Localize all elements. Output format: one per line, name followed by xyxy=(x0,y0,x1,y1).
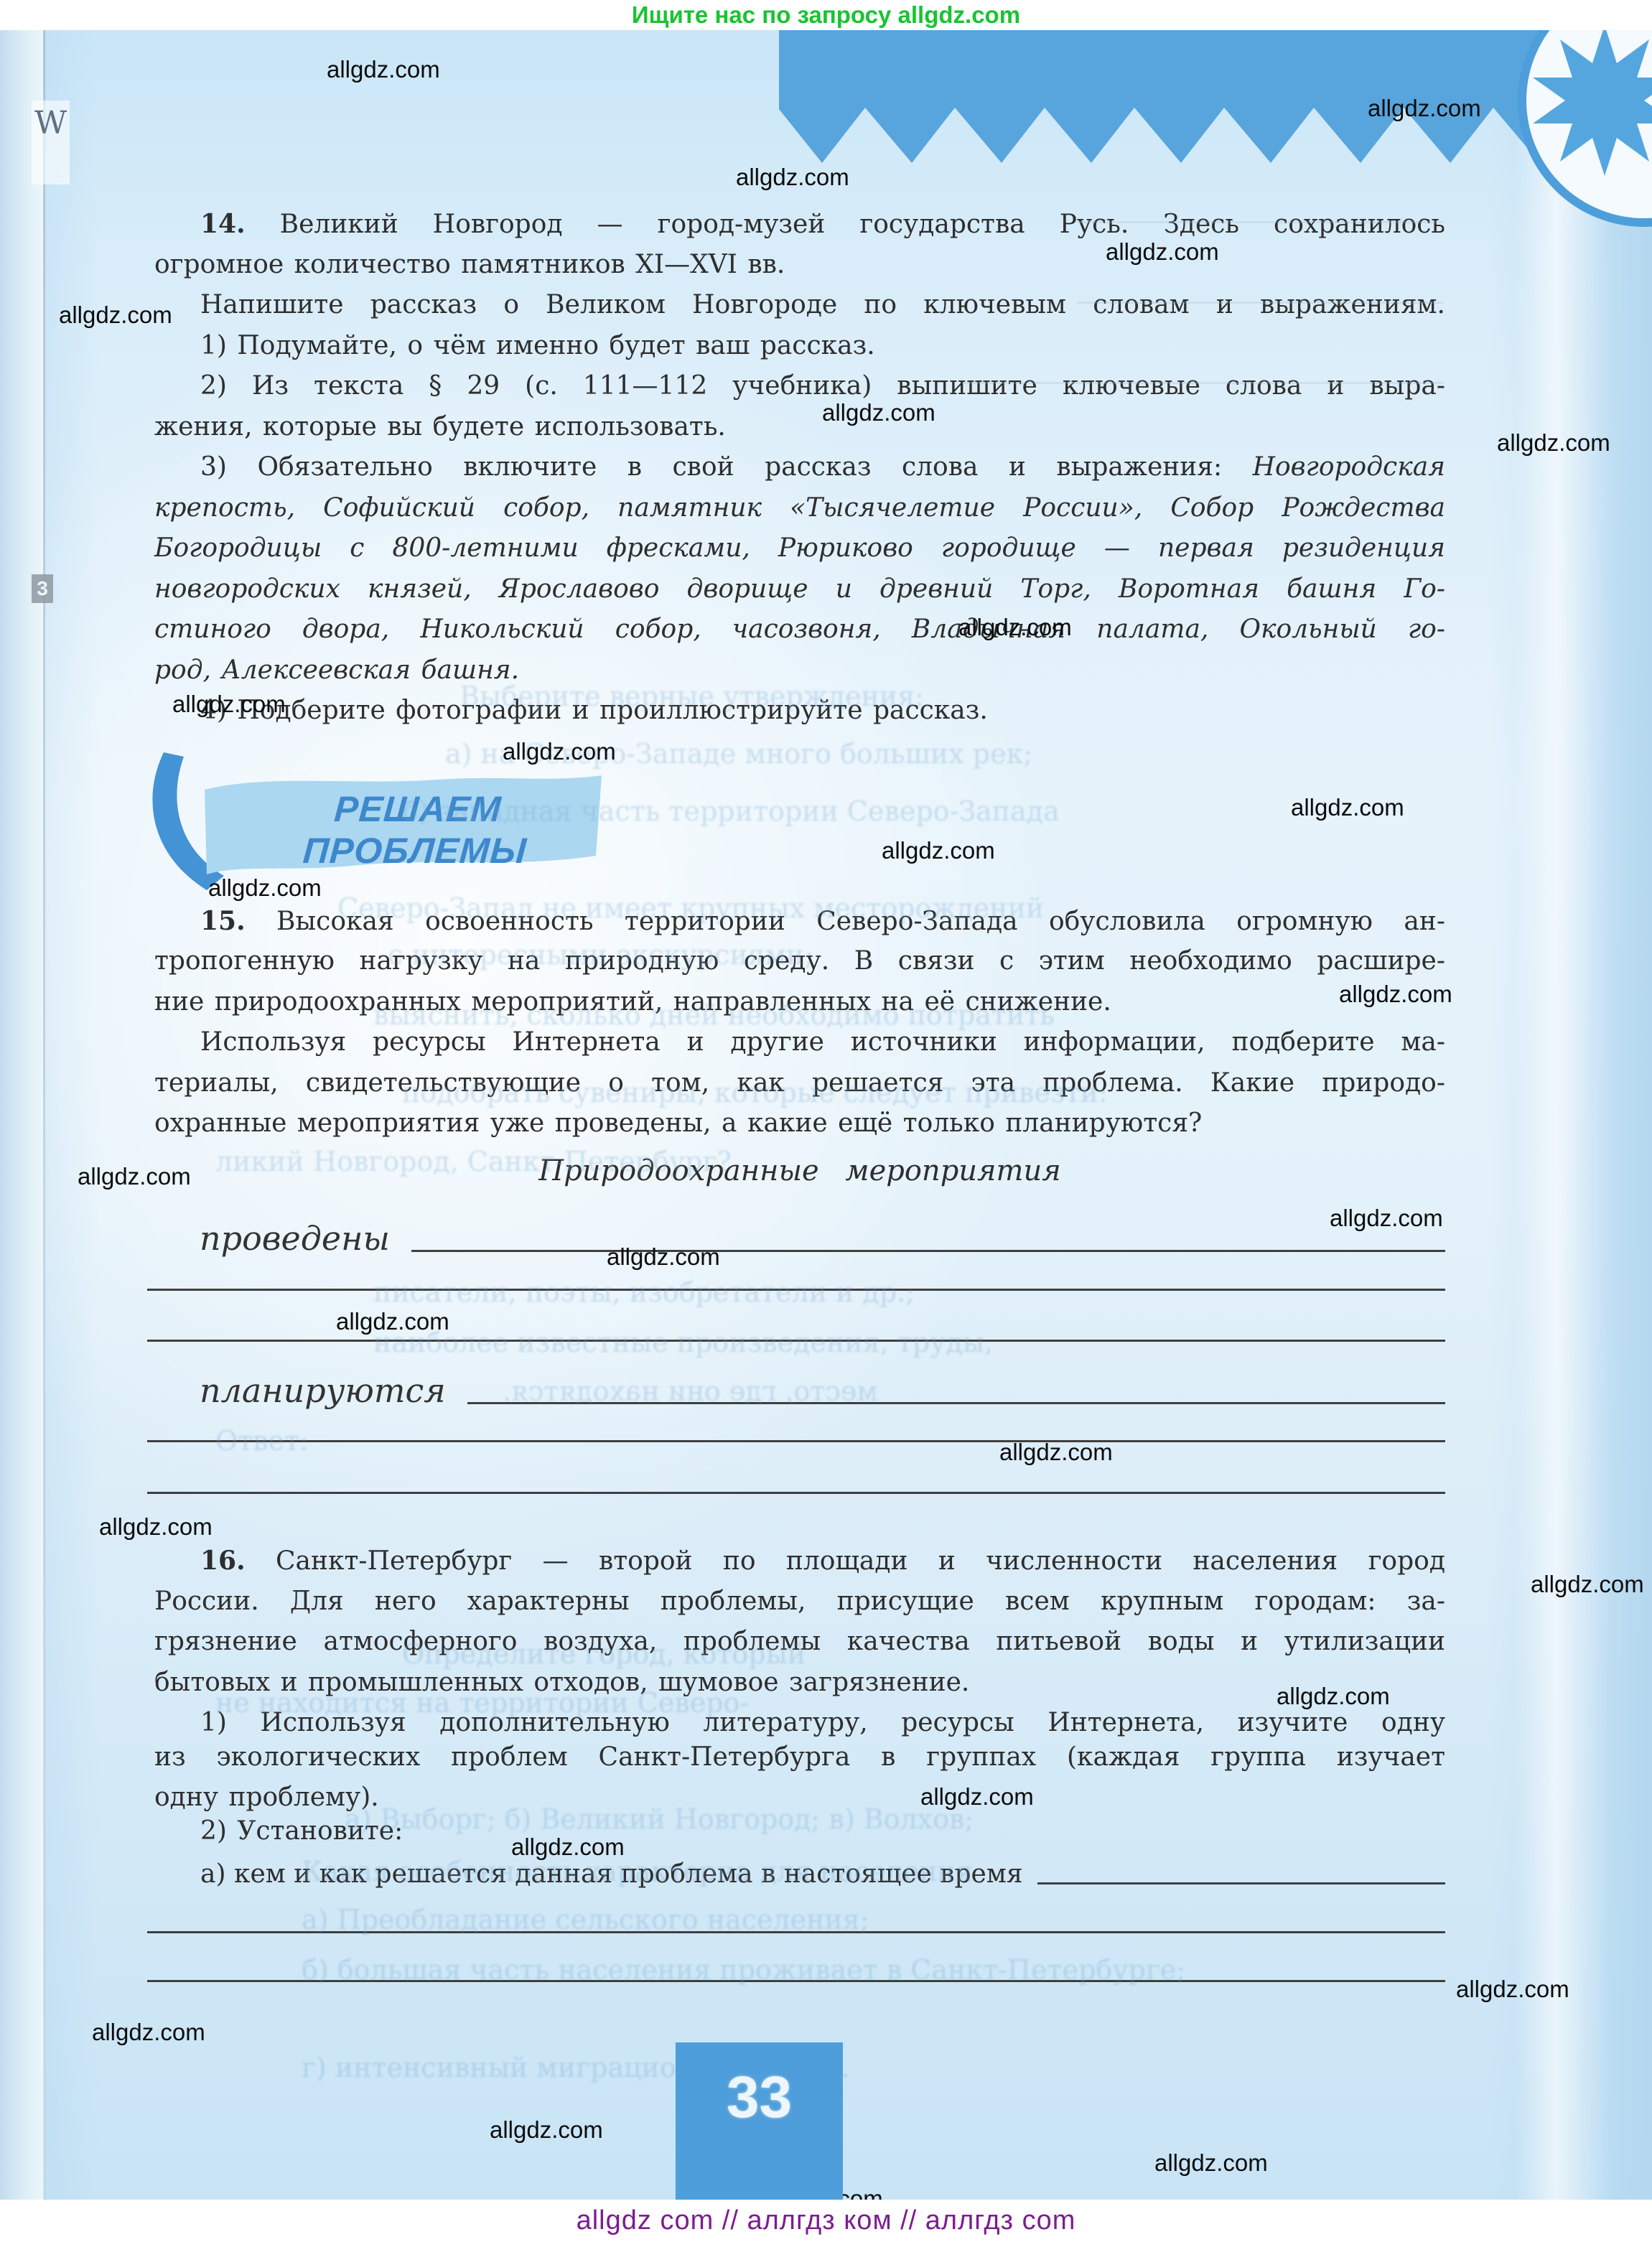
bleed-through-text: Северо-Запад не имеет крупных месторожде… xyxy=(337,892,1044,924)
watermark-text: allgdz.com xyxy=(1106,238,1219,266)
body-text-segment: Богородицы с 800-летними фресками, Рюрик… xyxy=(154,533,1445,563)
body-text-segment: 16. xyxy=(200,1546,246,1576)
body-text-line: из экологических проблем Санкт-Петербург… xyxy=(154,1737,1445,1778)
top-promo-text: Ищите нас по запросу allgdz.com xyxy=(0,1,1652,29)
bleed-through-text: Выберите верные утверждения: xyxy=(459,681,924,712)
bleed-through-text: ликий Новгород, Санкт-Петербург? xyxy=(215,1146,732,1177)
watermark-text: allgdz.com xyxy=(511,1834,625,1861)
body-text-segment: 14. xyxy=(200,209,246,239)
body-text-segment: Новгородская xyxy=(1253,452,1445,482)
bleed-through-text: Ответ: xyxy=(215,1425,309,1457)
page-number: 33 xyxy=(676,2064,843,2131)
workbook-page-scan: Ищите нас по запросу allgdz.com W 3 14. … xyxy=(0,0,1652,2242)
watermark-text: allgdz.com xyxy=(822,399,935,426)
watermark-text: allgdz.com xyxy=(607,1243,720,1271)
bleed-through-text: наиболее известные произведения, труды, xyxy=(373,1327,993,1358)
body-text-segment: крепость, Софийский собор, памятник «Тыс… xyxy=(154,493,1445,523)
body-text-segment: из экологических проблем Санкт-Петербург… xyxy=(154,1742,1445,1772)
body-text-segment: Используя ресурсы Интернета и другие ист… xyxy=(200,1027,1445,1057)
watermark-text: allgdz.com xyxy=(172,691,286,718)
watermark-text: allgdz.com xyxy=(920,1783,1034,1811)
answer-line-a-write-line[interactable] xyxy=(1037,1882,1445,1884)
watermark-text: allgdz.com xyxy=(882,837,995,864)
watermark-text: allgdz.com xyxy=(1330,1205,1443,1232)
writing-line[interactable] xyxy=(147,1440,1445,1442)
body-text-line: новгородских князей, Ярославово дворище … xyxy=(154,569,1445,609)
done-write-line[interactable] xyxy=(411,1250,1445,1252)
body-text-line: жения, которые вы будете использовать. xyxy=(154,407,1445,447)
writing-line[interactable] xyxy=(147,1492,1445,1494)
watermark-text: allgdz.com xyxy=(1154,2149,1268,2177)
body-text-line: охранные мероприятия уже проведены, а ка… xyxy=(154,1103,1445,1144)
watermark-text: allgdz.com xyxy=(1339,981,1452,1008)
watermark-text: allgdz.com xyxy=(336,1308,449,1335)
body-text-line: 2) Из текста § 29 (с. 111—112 учебника) … xyxy=(154,366,1445,406)
body-text-segment: стиного двора, Никольский собор, часозво… xyxy=(154,615,1445,644)
body-text-segment: 3) Обязательно включите в свой рассказ с… xyxy=(200,452,1253,482)
body-text-segment: 15. xyxy=(200,906,246,936)
bleed-through-line xyxy=(1077,221,1443,223)
watermark-text: allgdz.com xyxy=(59,302,172,329)
watermark-text: allgdz.com xyxy=(1456,1976,1569,2003)
top-promo-bar: Ищите нас по запросу allgdz.com xyxy=(0,0,1652,30)
body-text-line: стиного двора, Никольский собор, часозво… xyxy=(154,609,1445,650)
bleed-through-line xyxy=(1077,302,1443,304)
body-text-segment: 2) Из текста § 29 (с. 111—112 учебника) … xyxy=(200,371,1445,401)
watermark-text: allgdz.com xyxy=(1368,95,1481,122)
body-text-line: Богородицы с 800-летними фресками, Рюрик… xyxy=(154,528,1445,569)
done-label: проведены xyxy=(200,1219,390,1258)
footer-text: allgdz com // аллгдз ком // аллгдз com xyxy=(0,2200,1652,2242)
watermark-text: allgdz.com xyxy=(1291,794,1404,821)
body-text-segment: России. Для него характерны проблемы, пр… xyxy=(154,1587,1445,1616)
watermark-text: allgdz.com xyxy=(999,1439,1113,1466)
body-text-segment: жения, которые вы будете использовать. xyxy=(154,412,726,442)
bleed-through-text: а) Преобладание сельского населения; xyxy=(302,1904,869,1935)
page-spine xyxy=(0,30,45,2200)
body-text-line: 14. Великий Новгород — город-музей госуд… xyxy=(154,204,1445,245)
body-text-segment: новгородских князей, Ярославово дворище … xyxy=(154,574,1445,604)
watermark-text: allgdz.com xyxy=(490,2116,603,2144)
watermark-text: allgdz.com xyxy=(958,614,1072,641)
planned-label: планируются xyxy=(200,1371,446,1410)
body-text-line: 1) Подумайте, о чём именно будет ваш рас… xyxy=(154,326,1445,366)
body-text-line: 16. Санкт-Петербург — второй по площади … xyxy=(154,1541,1445,1582)
watermark-text: allgdz.com xyxy=(1497,429,1610,457)
page-right-edge xyxy=(1515,30,1652,2200)
spine-badge: 3 xyxy=(32,574,53,603)
bleed-through-text: писатели, поэты, изобретатели и др.; xyxy=(373,1276,915,1308)
body-text-segment: 1) Подумайте, о чём именно будет ваш рас… xyxy=(200,331,875,360)
body-text-line: крепость, Софийский собор, памятник «Тыс… xyxy=(154,488,1445,528)
watermark-text: allgdz.com xyxy=(92,2019,205,2046)
watermark-text: allgdz.com xyxy=(78,1163,191,1190)
bleed-through-text: б) большая часть населения проживает в С… xyxy=(302,1954,1185,1986)
done-answer-row: проведены xyxy=(200,1213,1445,1258)
spine-letter: W xyxy=(32,101,70,185)
bleed-through-line xyxy=(962,382,1443,384)
watermark-text: allgdz.com xyxy=(736,164,849,191)
body-text-segment: Напишите рассказ о Великом Новгороде по … xyxy=(200,290,1445,319)
body-text-segment: охранные мероприятия уже проведены, а ка… xyxy=(154,1108,1202,1138)
bleed-through-text: место, где они находятся. xyxy=(503,1375,878,1407)
page-fold-line xyxy=(43,30,45,2200)
bleed-through-text: б) западная часть территории Северо-Запа… xyxy=(402,795,1060,827)
bleed-through-text: а) Выборг; б) Великий Новгород; в) Волхо… xyxy=(345,1803,974,1835)
watermark-text: allgdz.com xyxy=(99,1513,213,1541)
body-text-segment: огромное количество памятников XI—XVI вв… xyxy=(154,250,785,279)
body-text-line: России. Для него характерны проблемы, пр… xyxy=(154,1582,1445,1622)
watermark-text: allgdz.com xyxy=(327,56,440,83)
body-text-line: огромное количество памятников XI—XVI вв… xyxy=(154,245,1445,285)
bleed-through-text: с интересными экскурсиями; xyxy=(388,939,813,971)
bleed-through-text: Какая особенность характерна для населен… xyxy=(302,1856,973,1887)
body-text-line: Напишите рассказ о Великом Новгороде по … xyxy=(154,285,1445,325)
footer-bar: allgdz com // аллгдз ком // аллгдз com xyxy=(0,2200,1652,2242)
watermark-text: allgdz.com xyxy=(1277,1683,1390,1710)
body-text-segment: Санкт-Петербург — второй по площади и чи… xyxy=(246,1546,1445,1576)
bleed-through-text: Определите город, который xyxy=(402,1638,806,1670)
watermark-text: allgdz.com xyxy=(1531,1571,1644,1598)
watermark-text: allgdz.com xyxy=(208,874,322,902)
bleed-through-text: подобрать сувениры, которые следует прив… xyxy=(402,1077,1108,1108)
bleed-through-text: выяснить, сколько дней необходимо потрат… xyxy=(373,999,1055,1031)
body-text-line: 3) Обязательно включите в свой рассказ с… xyxy=(154,447,1445,487)
bleed-through-text: не находится на территории Северо- xyxy=(215,1687,749,1719)
page-number-tab: 33 xyxy=(676,2042,843,2200)
watermark-text: allgdz.com xyxy=(503,738,616,765)
body-text-segment: Великий Новгород — город-музей государст… xyxy=(246,210,1445,239)
